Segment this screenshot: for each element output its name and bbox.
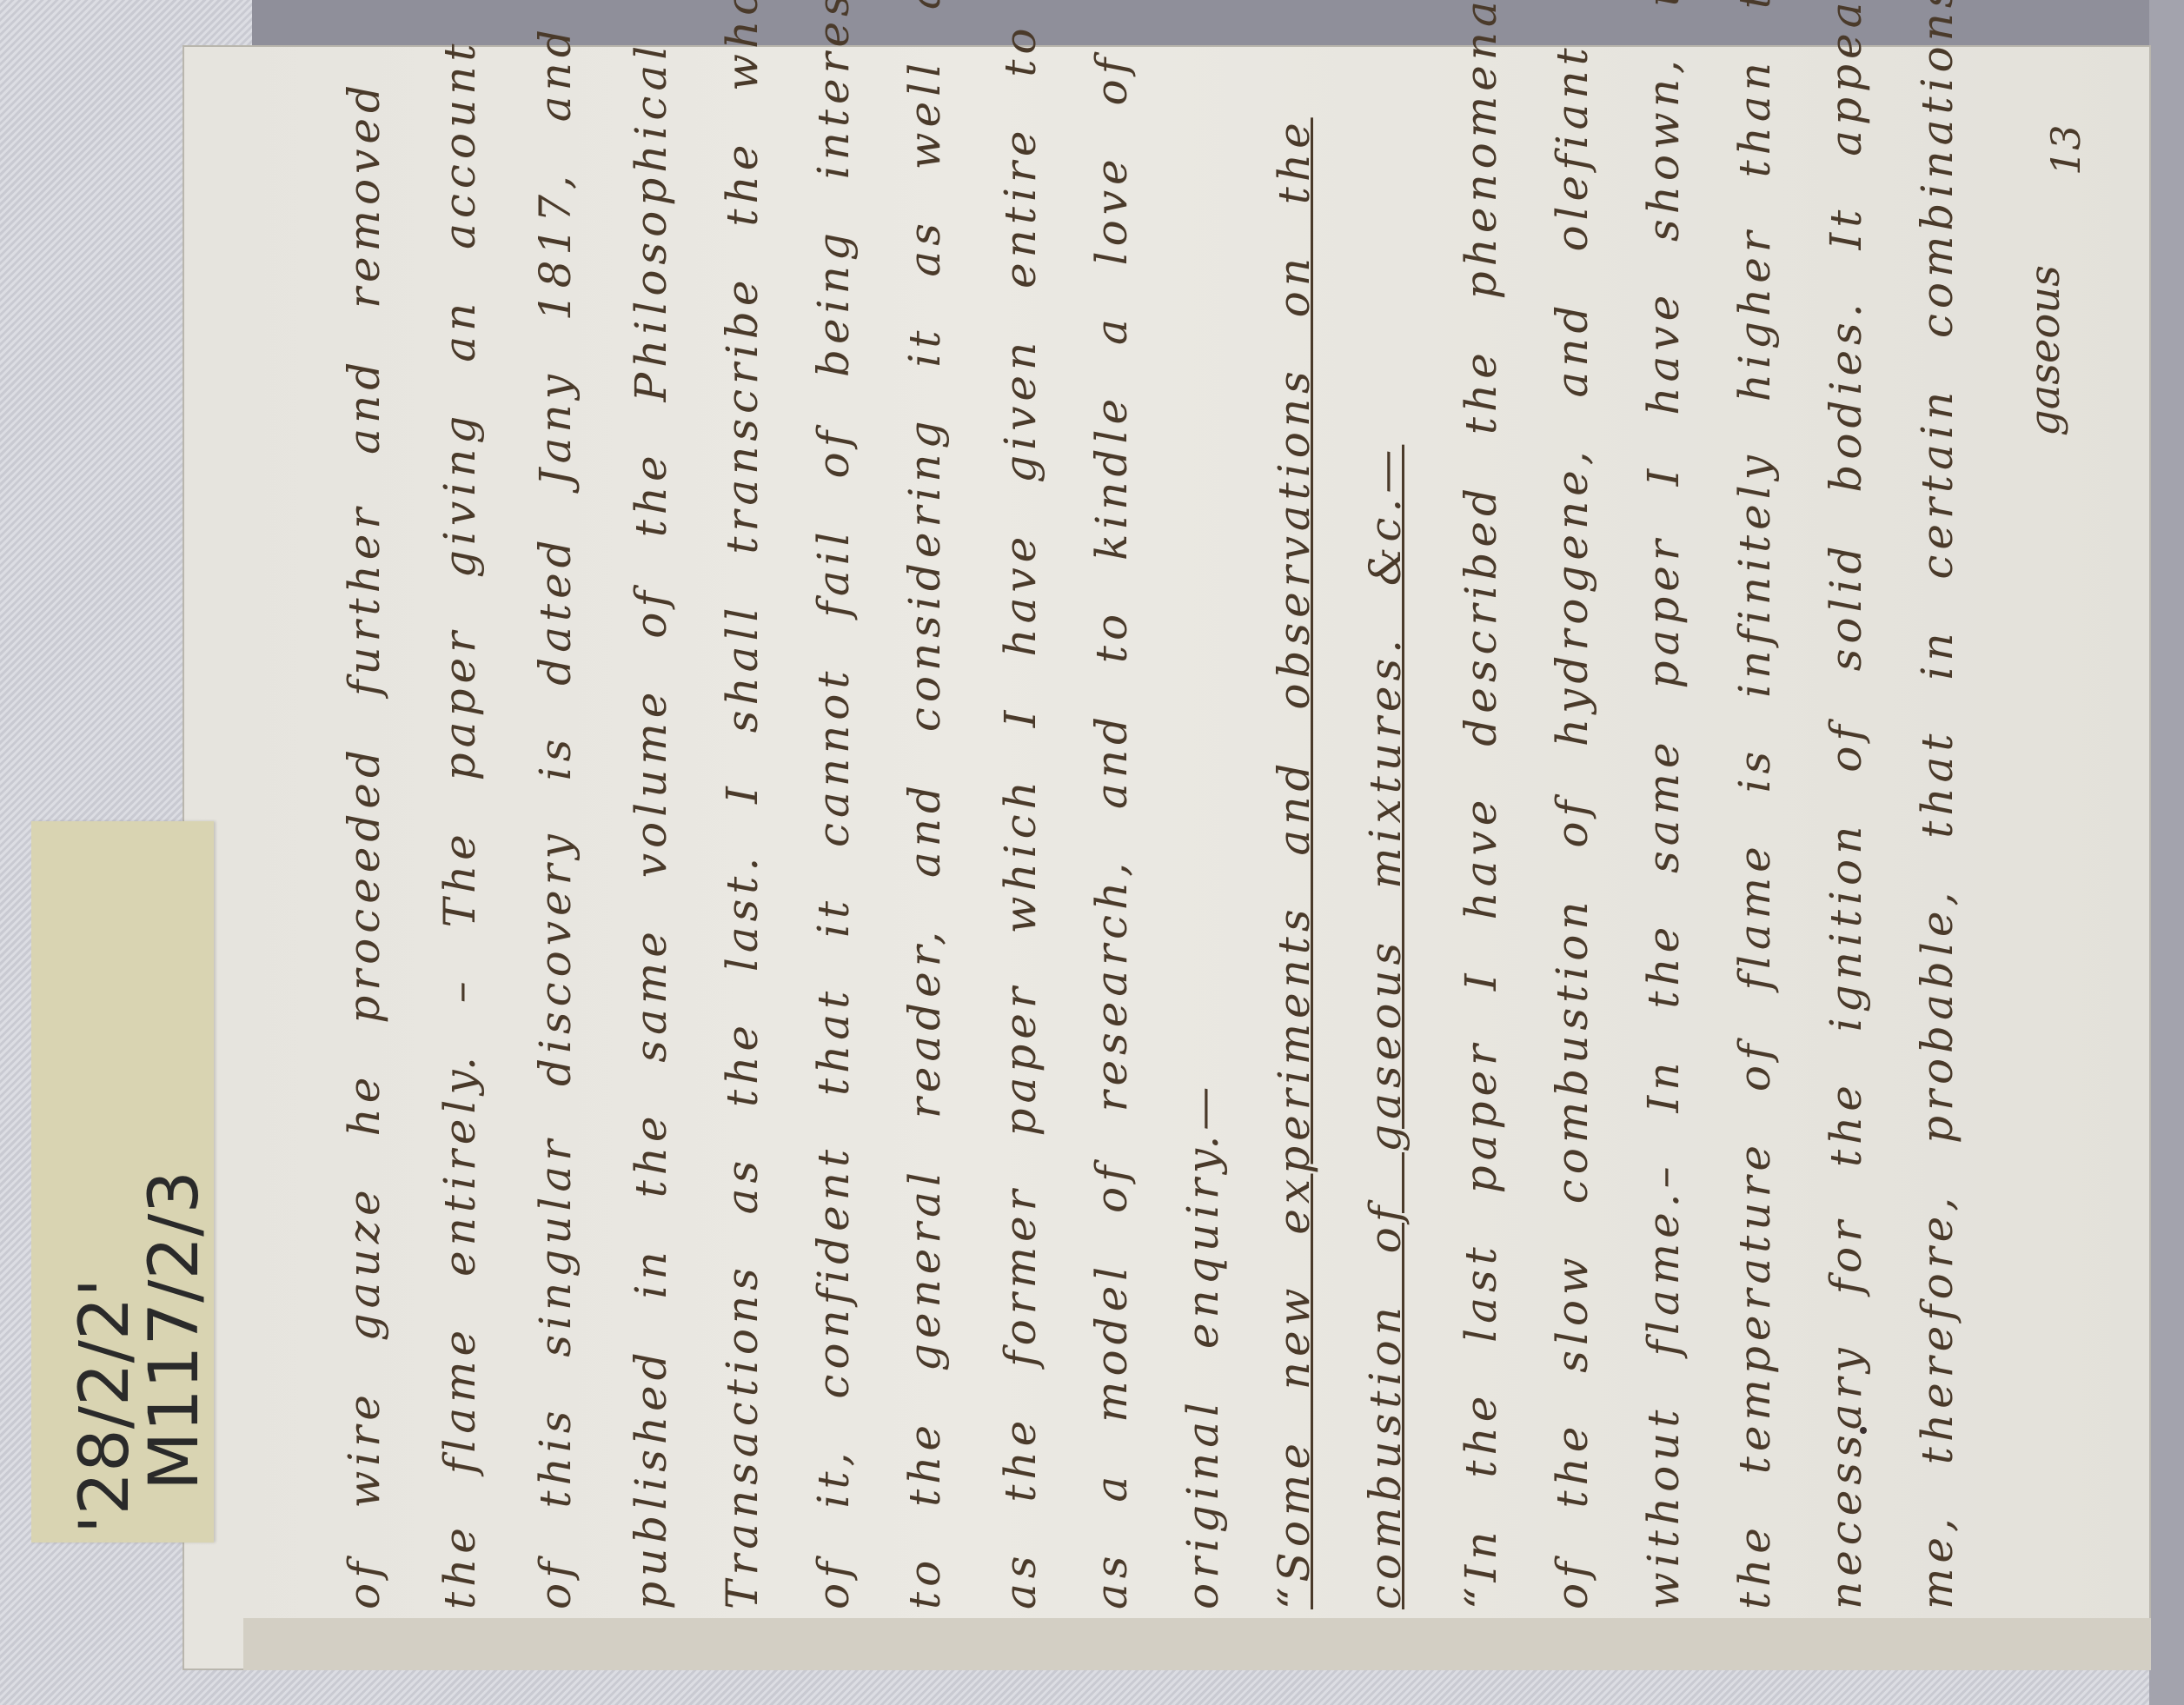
manuscript-line: of the slow combustion of hydrogene, and… bbox=[1547, 0, 1597, 1609]
manuscript-line: of this singular discovery is dated Jany… bbox=[530, 0, 581, 1609]
archive-reference-label: '28/2/2' M117/2/3 bbox=[31, 821, 214, 1542]
manuscript-line: “In the last paper I have described the … bbox=[1456, 0, 1506, 1609]
manuscript-line: of it, confident that it cannot fail of … bbox=[808, 0, 859, 1609]
manuscript-line: the flame entirely. – The paper giving a… bbox=[435, 38, 485, 1609]
manuscript-heading-line: combustion of gaseous mixtures. &c.— bbox=[1360, 445, 1411, 1609]
manuscript-page: 13 of wire gauze he proceeded further an… bbox=[183, 45, 2151, 1670]
manuscript-line: as the former paper which I have given e… bbox=[995, 0, 1046, 1609]
page-bottom-edge bbox=[243, 1618, 2151, 1670]
archive-label-line1: '28/2/2' bbox=[66, 1278, 144, 1534]
ink-spot bbox=[1860, 1427, 1867, 1434]
manuscript-line: to the general reader, and considering i… bbox=[899, 0, 950, 1609]
page-number: 13 bbox=[2042, 124, 2089, 176]
manuscript-line: original enquiry.— bbox=[1178, 1082, 1228, 1609]
manuscript-line: the temperature of flame is infinitely h… bbox=[1729, 0, 1780, 1609]
archive-label-line2: M117/2/3 bbox=[136, 1171, 214, 1490]
manuscript-line: as a model of research, and to kindle a … bbox=[1086, 53, 1137, 1609]
manuscript-line: published in the same volume of the Phil… bbox=[626, 41, 676, 1609]
manuscript-line: me, therefore, probable, that in certain… bbox=[1912, 0, 1962, 1609]
manuscript-line: necessary for the ignition of solid bodi… bbox=[1821, 0, 1871, 1609]
manuscript-line: of wire gauze he proceeded further and r… bbox=[339, 80, 389, 1609]
manuscript-line: Transactions as the last. I shall transc… bbox=[717, 0, 767, 1609]
manuscript-heading-line: “Some new experiments and observations o… bbox=[1269, 117, 1319, 1609]
catchword: gaseous bbox=[2021, 265, 2069, 436]
backing-board-right bbox=[2149, 0, 2184, 1705]
manuscript-line: without flame.– In the same paper I have… bbox=[1638, 0, 1689, 1609]
